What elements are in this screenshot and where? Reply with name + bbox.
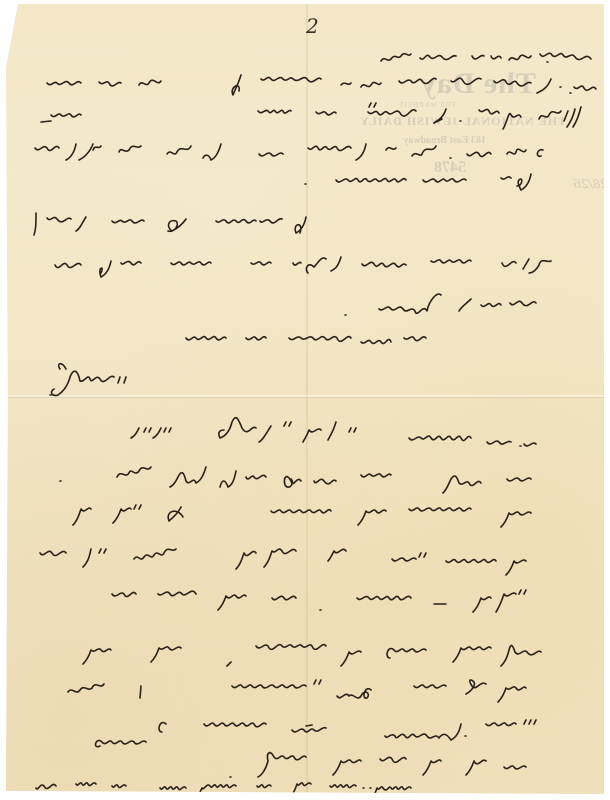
handwritten-line: [handwritten Yiddish line 2 — ends with … <box>21 99 601 139</box>
handwritten-line: [handwritten Yiddish line 5 — ends with … <box>26 209 326 249</box>
postscript-line: [P.S. line 10 — smaller script, in paren… <box>26 774 426 800</box>
signature: [handwritten signature] <box>26 359 136 404</box>
handwritten-line: [handwritten Yiddish line 8 — ends with … <box>256 289 556 329</box>
handwritten-line: [handwritten Yiddish line 4] <box>246 164 546 204</box>
handwritten-line: [handwritten closing line — indented] <box>86 324 436 364</box>
postscript-line: [P.S. line 5 — includes dash and period] <box>26 584 546 634</box>
letter-paper: The Day THE WARHEIT THE NATIONAL JEWISH … <box>6 4 604 794</box>
letterhead-date: New York, 4/28/26 <box>573 177 610 191</box>
postscript-line: [P.S. line 4 — includes quoted word] <box>26 539 546 589</box>
handwritten-line: [handwritten Yiddish line 6 — indented] <box>31 249 571 289</box>
page-number: 2 <box>306 14 319 38</box>
postscript-line: [P.S. line 1 — begins with abbreviation,… <box>31 414 551 464</box>
